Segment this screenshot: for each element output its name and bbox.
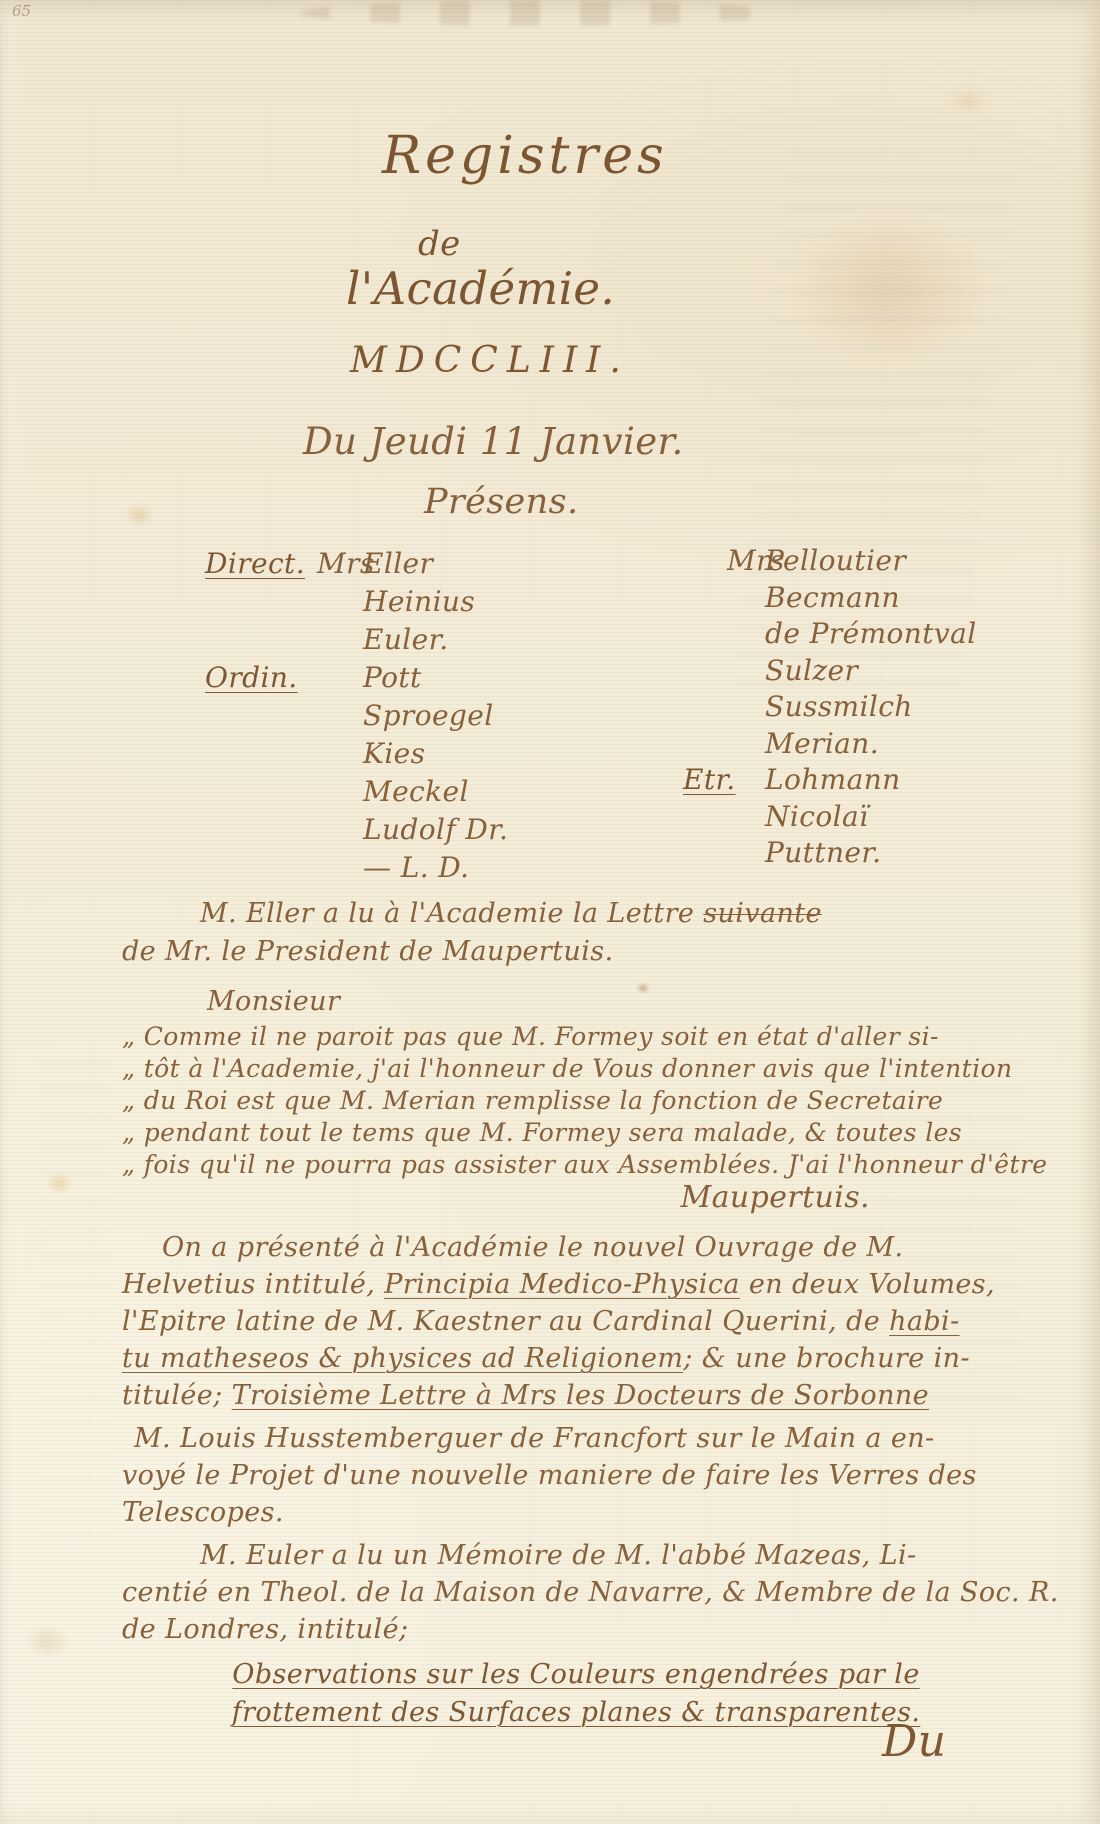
attendee-row: Kies xyxy=(205,735,508,773)
group-label xyxy=(683,798,727,836)
paper-stain xyxy=(126,505,152,525)
body-line: centié en Theol. de la Maison de Navarre… xyxy=(122,1574,1030,1611)
group-label xyxy=(683,834,727,872)
letter-line: „ Comme il ne paroit pas que M. Formey s… xyxy=(122,1021,1030,1053)
attendee-row: Sproegel xyxy=(205,697,508,735)
page-title-de: de xyxy=(418,224,461,264)
attendee-name: Pelloutier xyxy=(765,542,977,580)
attendee-row: Heinius xyxy=(205,583,508,621)
underlined-title: habi- xyxy=(889,1306,960,1337)
struck-word: suivante xyxy=(703,898,822,929)
attendee-name: Heinius xyxy=(363,583,508,621)
body-line: On a présenté à l'Académie le nouvel Ouv… xyxy=(122,1229,1030,1266)
honorific xyxy=(727,834,765,872)
honorific xyxy=(317,583,363,621)
honorific xyxy=(727,798,765,836)
honorific xyxy=(317,735,363,773)
group-label xyxy=(683,688,727,726)
year-roman-numeral: MDCCLIII. xyxy=(350,340,630,381)
honorific xyxy=(317,811,363,849)
paper-stain xyxy=(24,1625,70,1659)
attendance-left-column: Direct. Mrs Eller Heinius Euler. Ordin. … xyxy=(205,545,508,887)
attendee-name: Merian. xyxy=(765,725,977,763)
honorific xyxy=(727,725,765,763)
group-label xyxy=(205,583,317,621)
catchword: Du xyxy=(882,1716,946,1767)
honorific xyxy=(317,849,363,887)
quoted-letter: „ Comme il ne paroit pas que M. Formey s… xyxy=(122,1021,1030,1181)
honorific xyxy=(727,579,765,617)
letter-line: „ tôt à l'Academie, j'ai l'honneur de Vo… xyxy=(122,1053,1030,1085)
attendee-row: Ludolf Dr. xyxy=(205,811,508,849)
honorific xyxy=(317,621,363,659)
attendee-name: Becmann xyxy=(765,579,977,617)
session-date: Du Jeudi 11 Janvier. xyxy=(303,420,684,463)
underlined-title: tu matheseos & physices ad Religionem xyxy=(122,1343,683,1374)
paragraph-eller-letter-line: de Mr. le President de Maupertuis. xyxy=(122,933,1030,971)
attendee-row: Euler. xyxy=(205,621,508,659)
manuscript-page: 65 Registres de l'Académie. MDCCLIII. Du… xyxy=(0,0,1100,1824)
attendee-name: Ludolf Dr. xyxy=(363,811,508,849)
attendee-name: de Prémontval xyxy=(765,615,977,653)
page-title-academie: l'Académie. xyxy=(346,262,615,315)
attendee-name: Sulzer xyxy=(765,652,977,690)
paragraph-euler-memoir: M. Euler a lu un Mémoire de M. l'abbé Ma… xyxy=(122,1537,1030,1648)
attendee-row: Meckel xyxy=(205,773,508,811)
honorific xyxy=(727,688,765,726)
attendee-row: Nicolaï xyxy=(683,798,977,835)
body-text-segment: M. Eller a lu à l'Academie la Lettre xyxy=(200,898,703,929)
group-label xyxy=(683,542,727,580)
attendee-name: Puttner. xyxy=(765,834,977,872)
memoir-title-line: Observations sur les Couleurs engendrées… xyxy=(122,1656,1030,1694)
underlined-title: Principia Medico-Physica xyxy=(384,1269,740,1300)
attendee-row: Sulzer xyxy=(683,652,977,689)
group-label xyxy=(205,811,317,849)
attendee-row: Direct. Mrs Eller xyxy=(205,545,508,583)
paragraph-telescope-project: M. Louis Husstemberguer de Francfort sur… xyxy=(122,1420,1030,1531)
paper-stain xyxy=(46,1172,72,1194)
paper-stain xyxy=(790,215,990,365)
honorific: Mrs xyxy=(317,545,363,583)
letter-signature: Maupertuis. xyxy=(122,1181,1030,1215)
attendee-name: Meckel xyxy=(363,773,508,811)
paragraph-eller-letter-line: M. Eller a lu à l'Academie la Lettre sui… xyxy=(122,895,1030,933)
body-line: l'Epitre latine de M. Kaestner au Cardin… xyxy=(122,1303,1030,1340)
honorific xyxy=(317,697,363,735)
group-label xyxy=(683,652,727,690)
top-edge-ink-traces xyxy=(300,0,780,26)
group-label: Ordin. xyxy=(205,659,317,697)
body-line: M. Euler a lu un Mémoire de M. l'abbé Ma… xyxy=(122,1537,1030,1574)
honorific xyxy=(727,615,765,653)
attendee-name: Sproegel xyxy=(363,697,508,735)
presens-heading: Présens. xyxy=(424,482,579,522)
body-line: M. Louis Husstemberguer de Francfort sur… xyxy=(122,1420,1030,1457)
letter-line: „ pendant tout le tems que M. Formey ser… xyxy=(122,1117,1030,1149)
attendee-name: Nicolaï xyxy=(765,798,977,836)
letter-line: „ fois qu'il ne pourra pas assister aux … xyxy=(122,1149,1030,1181)
honorific: Mrs xyxy=(727,542,765,580)
attendee-row: Mrs Pelloutier xyxy=(683,542,977,579)
attendance-right-column: Mrs Pelloutier Becmann de Prémontval Sul… xyxy=(683,542,977,871)
body-line: Helvetius intitulé, Principia Medico-Phy… xyxy=(122,1266,1030,1303)
attendee-row: Etr. Lohmann xyxy=(683,761,977,798)
attendee-row: — L. D. xyxy=(205,849,508,887)
attendee-row: Puttner. xyxy=(683,834,977,871)
body-line: de Londres, intitulé; xyxy=(122,1611,1030,1648)
group-label xyxy=(205,697,317,735)
body-line: titulée; Troisième Lettre à Mrs les Doct… xyxy=(122,1377,1030,1414)
attendee-name: Eller xyxy=(363,545,508,583)
attendee-row: Ordin. Pott xyxy=(205,659,508,697)
attendee-name: Sussmilch xyxy=(765,688,977,726)
group-label: Etr. xyxy=(683,761,727,799)
attendee-row: Merian. xyxy=(683,725,977,762)
group-label xyxy=(205,621,317,659)
paragraph-presented-works: On a présenté à l'Académie le nouvel Ouv… xyxy=(122,1229,1030,1414)
body-text-segment: l'Epitre latine de M. Kaestner au Cardin… xyxy=(122,1306,889,1337)
group-label xyxy=(205,735,317,773)
folio-mark: 65 xyxy=(12,2,31,20)
attendee-row: de Prémontval xyxy=(683,615,977,652)
letter-salutation: Monsieur xyxy=(207,983,1030,1021)
group-label: Direct. xyxy=(205,545,317,583)
attendee-name: — L. D. xyxy=(363,849,508,887)
letter-line: „ du Roi est que M. Merian remplisse la … xyxy=(122,1085,1030,1117)
body-text-segment: Helvetius intitulé, xyxy=(122,1269,384,1300)
attendee-name: Euler. xyxy=(363,621,508,659)
body-line: voyé le Projet d'une nouvelle maniere de… xyxy=(122,1457,1030,1494)
body-line: Telescopes. xyxy=(122,1494,1030,1531)
attendee-name: Kies xyxy=(363,735,508,773)
group-label xyxy=(683,579,727,617)
group-label xyxy=(205,849,317,887)
attendee-name: Lohmann xyxy=(765,761,977,799)
honorific xyxy=(727,652,765,690)
group-label xyxy=(205,773,317,811)
paper-stain xyxy=(948,88,988,114)
underlined-title: Troisième Lettre à Mrs les Docteurs de S… xyxy=(232,1380,929,1411)
body-text: M. Eller a lu à l'Academie la Lettre sui… xyxy=(122,895,1030,1732)
attendee-row: Becmann xyxy=(683,579,977,616)
attendee-row: Sussmilch xyxy=(683,688,977,725)
group-label xyxy=(683,615,727,653)
body-line: tu matheseos & physices ad Religionem; &… xyxy=(122,1340,1030,1377)
honorific xyxy=(727,761,765,799)
ink-bleed-through xyxy=(40,1060,110,1540)
page-title: Registres xyxy=(382,126,668,186)
honorific xyxy=(317,773,363,811)
attendee-name: Pott xyxy=(363,659,508,697)
body-text-segment: ; & une brochure in- xyxy=(683,1343,970,1374)
body-text-segment: titulée; xyxy=(122,1380,232,1411)
honorific xyxy=(317,659,363,697)
body-text-segment: en deux Volumes, xyxy=(740,1269,995,1300)
group-label xyxy=(683,725,727,763)
